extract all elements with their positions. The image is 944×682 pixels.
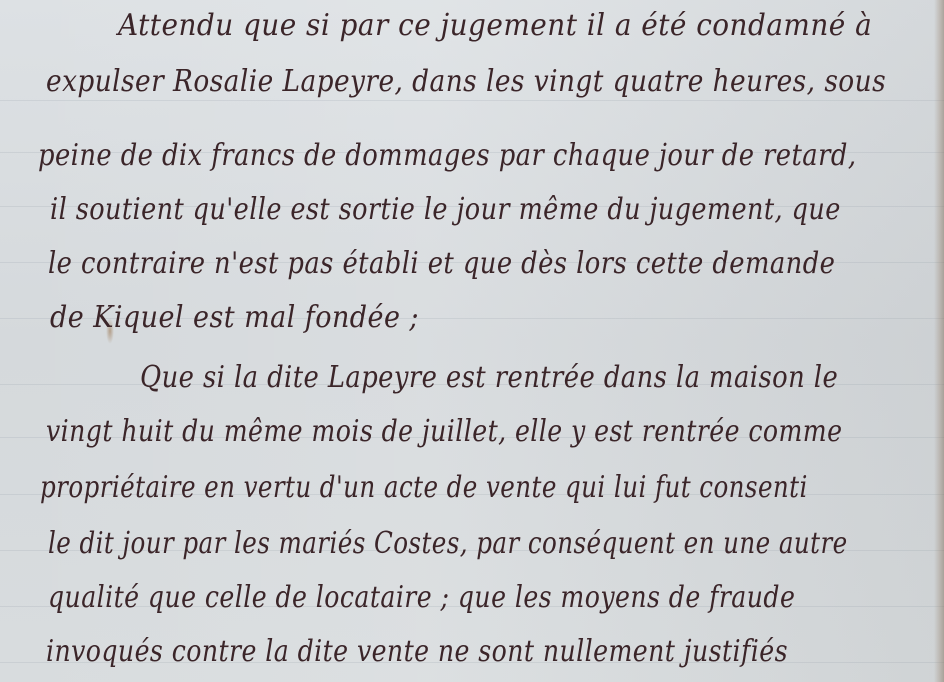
manuscript-line-12: invoqués contre la dite vente ne sont nu… — [46, 634, 788, 669]
manuscript-line-4: il soutient qu'elle est sortie le jour m… — [50, 192, 841, 227]
page-edge — [934, 0, 944, 682]
manuscript-line-8: vingt huit du même mois de juillet, elle… — [46, 414, 842, 449]
manuscript-page: Attendu que si par ce jugement il a été … — [0, 0, 944, 682]
manuscript-line-1: Attendu que si par ce jugement il a été … — [118, 8, 872, 43]
manuscript-line-2: expulser Rosalie Lapeyre, dans les vingt… — [46, 64, 886, 99]
ruled-line — [0, 100, 944, 101]
manuscript-line-9: propriétaire en vertu d'un acte de vente… — [40, 470, 808, 505]
manuscript-line-3: peine de dix francs de dommages par chaq… — [38, 138, 856, 173]
manuscript-line-7: Que si la dite Lapeyre est rentrée dans … — [140, 360, 838, 395]
manuscript-line-10: le dit jour par les mariés Costes, par c… — [48, 526, 848, 561]
manuscript-line-11: qualité que celle de locataire ; que les… — [48, 580, 795, 615]
manuscript-line-6: de Kiquel est mal fondée ; — [50, 300, 419, 335]
manuscript-line-5: le contraire n'est pas établi et que dès… — [48, 246, 835, 281]
